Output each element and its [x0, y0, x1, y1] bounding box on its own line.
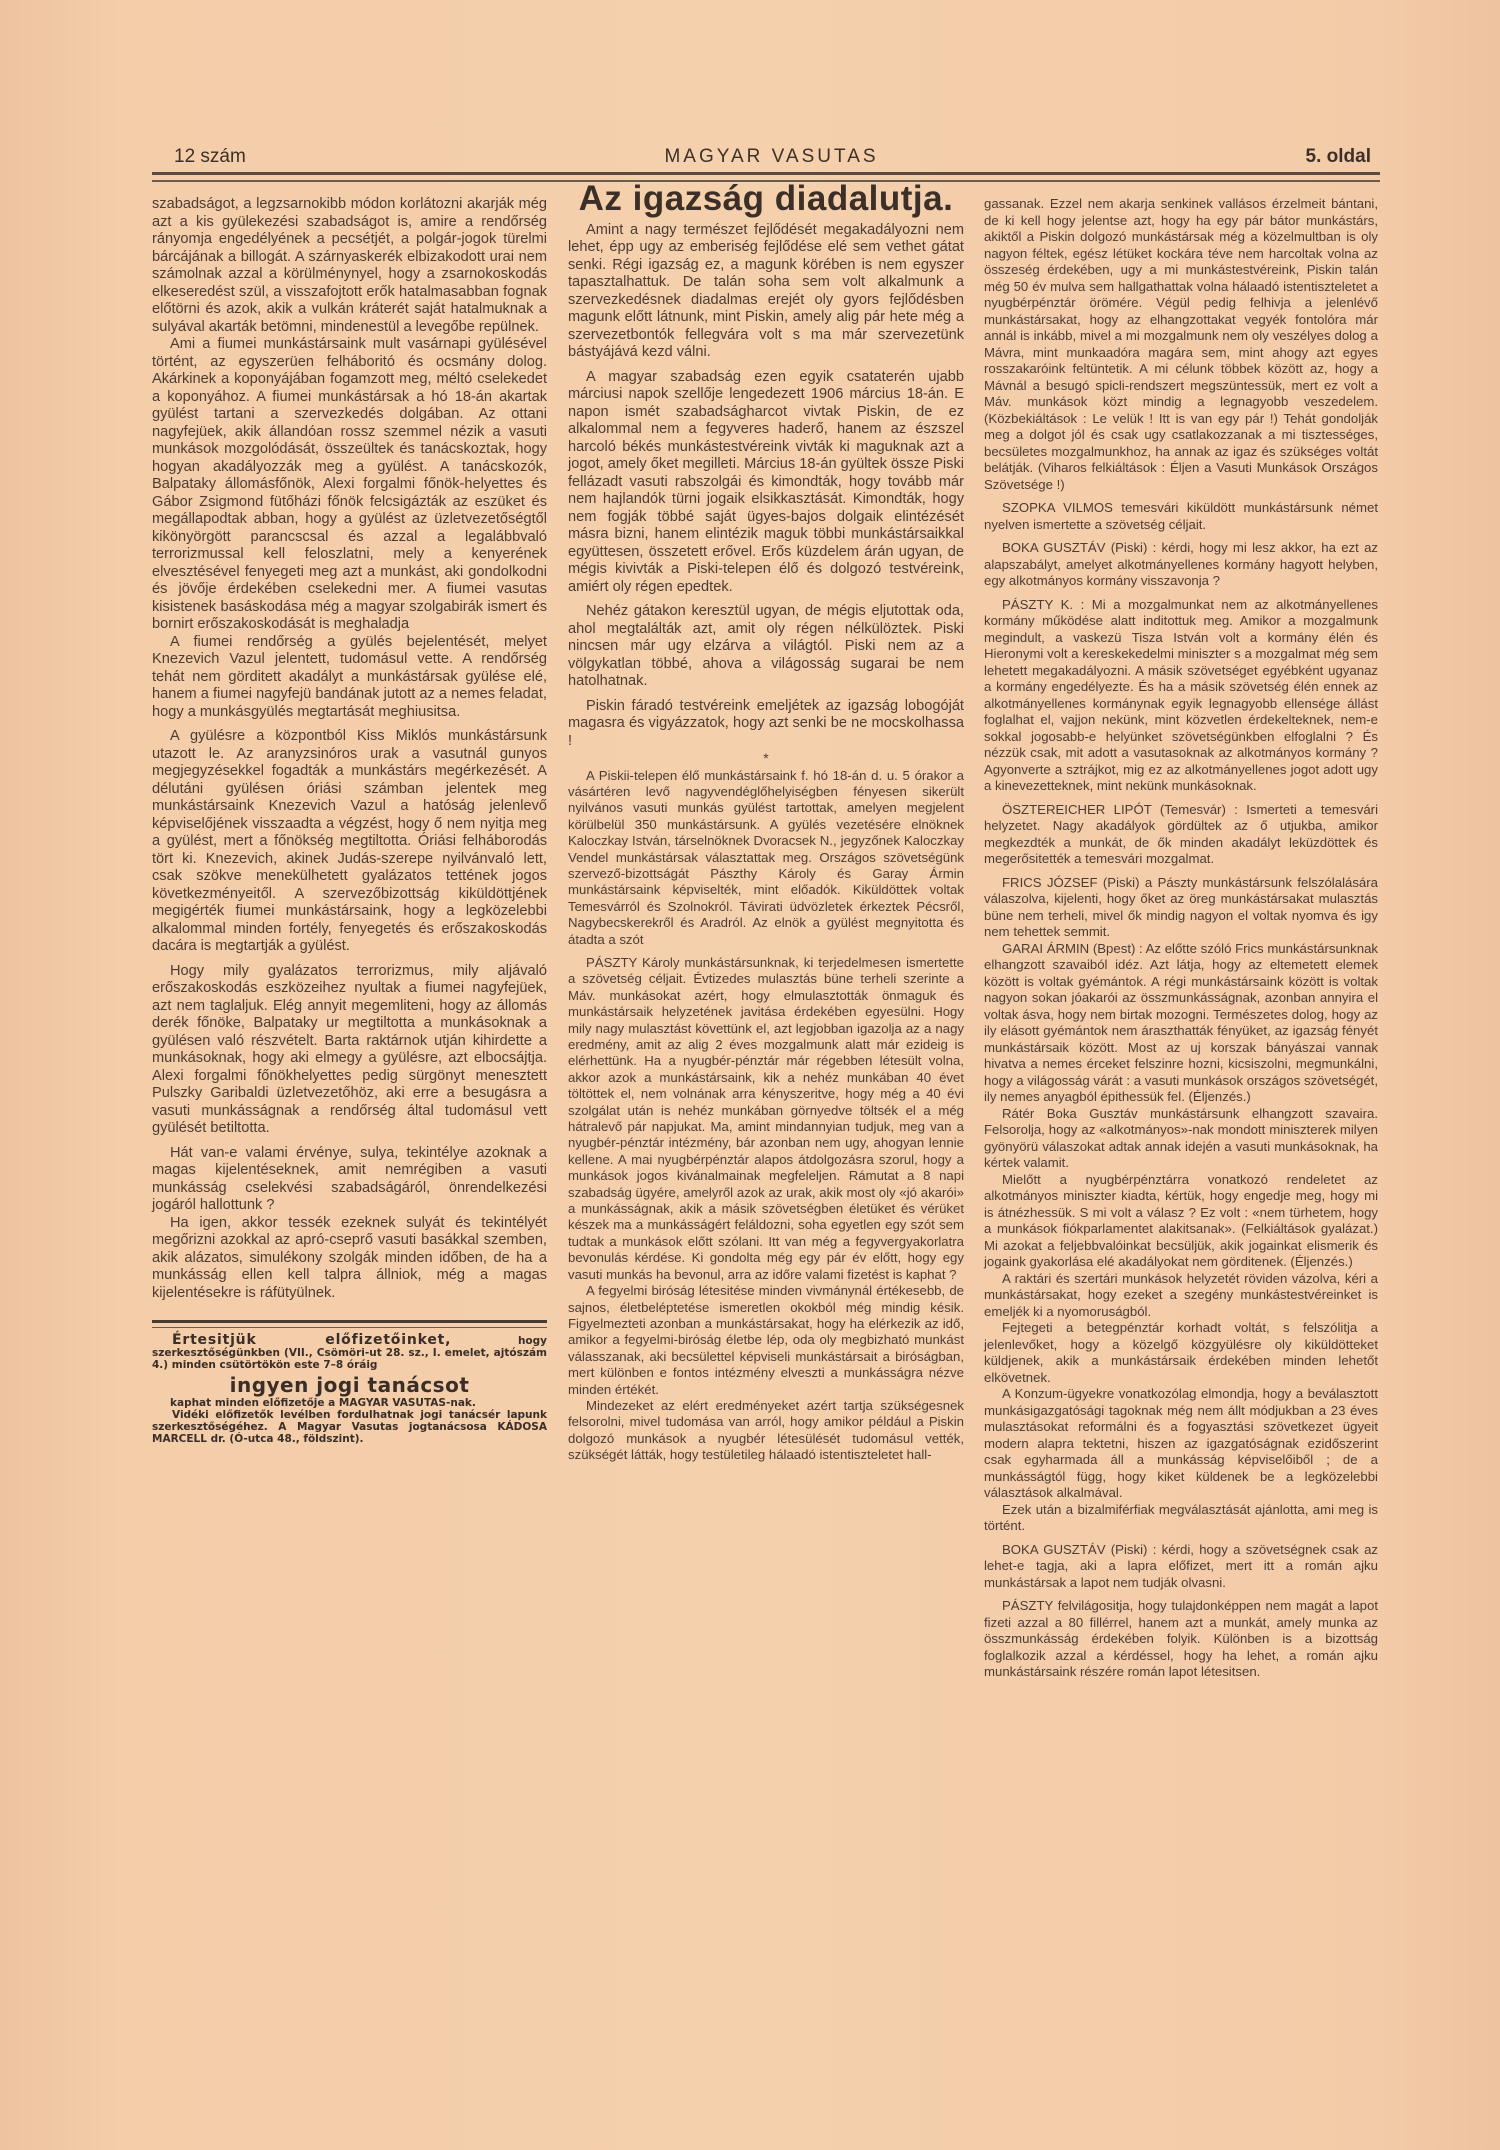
- paragraph: SZOPKA VILMOS temesvári kiküldött munkás…: [984, 500, 1378, 533]
- article-title: Az igazság diadalutja.: [568, 190, 964, 208]
- paragraph: szabadságot, a legzsarnokibb módon korlá…: [152, 196, 547, 336]
- notice-line: kaphat minden előfizetője a MAGYAR VASUT…: [152, 1397, 547, 1409]
- notice-lead: Értesitjük előfizetőinket,: [172, 1332, 451, 1348]
- paragraph: PÁSZTY felvilágositja, hogy tulajdonképp…: [984, 1598, 1378, 1681]
- paragraph: A Piskii-telepen élő munkástársaink f. h…: [568, 768, 964, 948]
- paragraph: Ami a fiumei munkástársaink mult vasárna…: [152, 336, 547, 634]
- column-2: Az igazság diadalutja. Amint a nagy term…: [568, 190, 964, 1464]
- paragraph: A fegyelmi biróság létesitése minden viv…: [568, 1283, 964, 1398]
- meeting-report: A Piskii-telepen élő munkástársaink f. h…: [568, 768, 964, 1464]
- subscriber-notice: Értesitjük előfizetőinket, hogy szerkesz…: [152, 1334, 547, 1445]
- paragraph: Rátér Boka Gusztáv munkástársunk elhangz…: [984, 1106, 1378, 1172]
- paragraph: Nehéz gátakon keresztül ugyan, de mégis …: [568, 603, 964, 691]
- notice-line: Vidéki előfizetők levélben fordulhatnak …: [152, 1409, 547, 1445]
- paragraph: gassanak. Ezzel nem akarja senkinek vall…: [984, 196, 1378, 493]
- section-separator: *: [568, 750, 964, 768]
- paragraph: PÁSZTY K. : Mi a mozgalmunkat nem az alk…: [984, 597, 1378, 795]
- paragraph: Hogy mily gyalázatos terrorizmus, mily a…: [152, 963, 547, 1138]
- page-number: 5. oldal: [1306, 146, 1371, 168]
- paragraph: BOKA GUSZTÁV (Piski) : kérdi, hogy mi le…: [984, 540, 1378, 590]
- paragraph: Fejtegeti a betegpénztár korhadt voltát,…: [984, 1320, 1378, 1386]
- masthead: MAGYAR VASUTAS: [168, 146, 1375, 168]
- page-header: 12 szám MAGYAR VASUTAS 5. oldal: [168, 146, 1375, 172]
- paragraph: A gyülésre a központból Kiss Miklós munk…: [152, 728, 547, 956]
- paragraph: FRICS JÓZSEF (Piski) a Pászty munkástárs…: [984, 875, 1378, 941]
- paragraph: Piskin fáradó testvéreink emeljétek az i…: [568, 698, 964, 751]
- paragraph: A raktári és szertári munkások helyzetét…: [984, 1271, 1378, 1321]
- paragraph: Amint a nagy természet fejlődését megaka…: [568, 222, 964, 362]
- paragraph: Ha igen, akkor tessék ezeknek sulyát és …: [152, 1215, 547, 1303]
- paragraph: A fiumei rendőrség a gyülés bejelentését…: [152, 634, 547, 722]
- paragraph: PÁSZTY Károly munkástársunknak, ki terje…: [568, 955, 964, 1283]
- paragraph: Hát van-e valami érvénye, sulya, tekinté…: [152, 1145, 547, 1215]
- paragraph: Mielőtt a nyugbérpénztárra vonatkozó ren…: [984, 1172, 1378, 1271]
- paragraph: ÖSZTEREICHER LIPÓT (Temesvár) : Ismertet…: [984, 802, 1378, 868]
- paragraph: BOKA GUSZTÁV (Piski) : kérdi, hogy a szö…: [984, 1542, 1378, 1592]
- paragraph: Ezek után a bizalmiférfiak megválasztásá…: [984, 1502, 1378, 1535]
- newspaper-page: 12 szám MAGYAR VASUTAS 5. oldal szabadsá…: [0, 0, 1500, 2150]
- notice-headline: ingyen jogi tanácsot: [152, 1377, 547, 1395]
- notice-divider: [152, 1320, 547, 1328]
- paragraph: Mindezeket az elért eredményeket azért t…: [568, 1398, 964, 1464]
- column-3: gassanak. Ezzel nem akarja senkinek vall…: [984, 196, 1378, 1681]
- paragraph: GARAI ÁRMIN (Bpest) : Az előtte szóló Fr…: [984, 941, 1378, 1106]
- column-1: szabadságot, a legzsarnokibb módon korlá…: [152, 196, 547, 1445]
- paragraph: A Konzum-ügyekre vonatkozólag elmondja, …: [984, 1386, 1378, 1502]
- paragraph: A magyar szabadság ezen egyik csataterén…: [568, 369, 964, 597]
